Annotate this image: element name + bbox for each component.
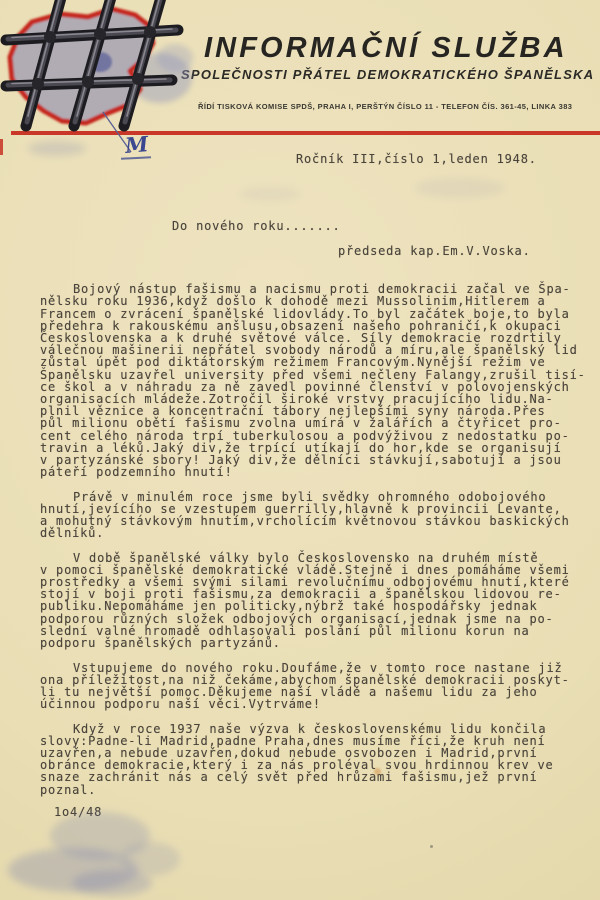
article-body: Bojový nástup fašismu a nacismu proti de…	[40, 271, 596, 808]
paper-speck	[430, 845, 433, 848]
article-byline: předseda kap.Em.V.Voska.	[338, 245, 531, 257]
handwritten-m-mark: M	[124, 133, 149, 156]
paragraph: Právě v minulém roce jsme byli svědky oh…	[40, 491, 596, 540]
paper-fleck	[374, 768, 381, 775]
org-subtitle: SPOLEČNOSTI PŘÁTEL DEMOKRATICKÉHO ŠPANĚL…	[181, 68, 594, 82]
spain-map-behind-bars-illustration	[0, 0, 200, 170]
pencil-smudge	[415, 178, 505, 198]
scanned-letter-page: INFORMAČNÍ SLUŽBA SPOLEČNOSTI PŘÁTEL DEM…	[0, 0, 600, 900]
paragraph: Když v roce 1937 naše výzva k českoslove…	[40, 723, 596, 796]
paragraph: V době španělské války bylo Českoslovens…	[40, 552, 596, 650]
org-title: INFORMAČNÍ SLUŽBA	[204, 33, 568, 65]
paragraph: Vstupujeme do nového roku.Doufáme,že v t…	[40, 662, 596, 711]
article-heading: Do nového roku.......	[172, 220, 341, 232]
pencil-smudge	[240, 187, 300, 201]
paragraph: Bojový nástup fašismu a nacismu proti de…	[40, 283, 596, 478]
pencil-smudge	[120, 842, 180, 876]
issue-dateline: Ročník III,číslo 1,leden 1948.	[296, 153, 537, 165]
letterhead-imprint: ŘÍDÍ TISKOVÁ KOMISE SPDŠ, PRAHA I, PERŠT…	[198, 103, 572, 111]
